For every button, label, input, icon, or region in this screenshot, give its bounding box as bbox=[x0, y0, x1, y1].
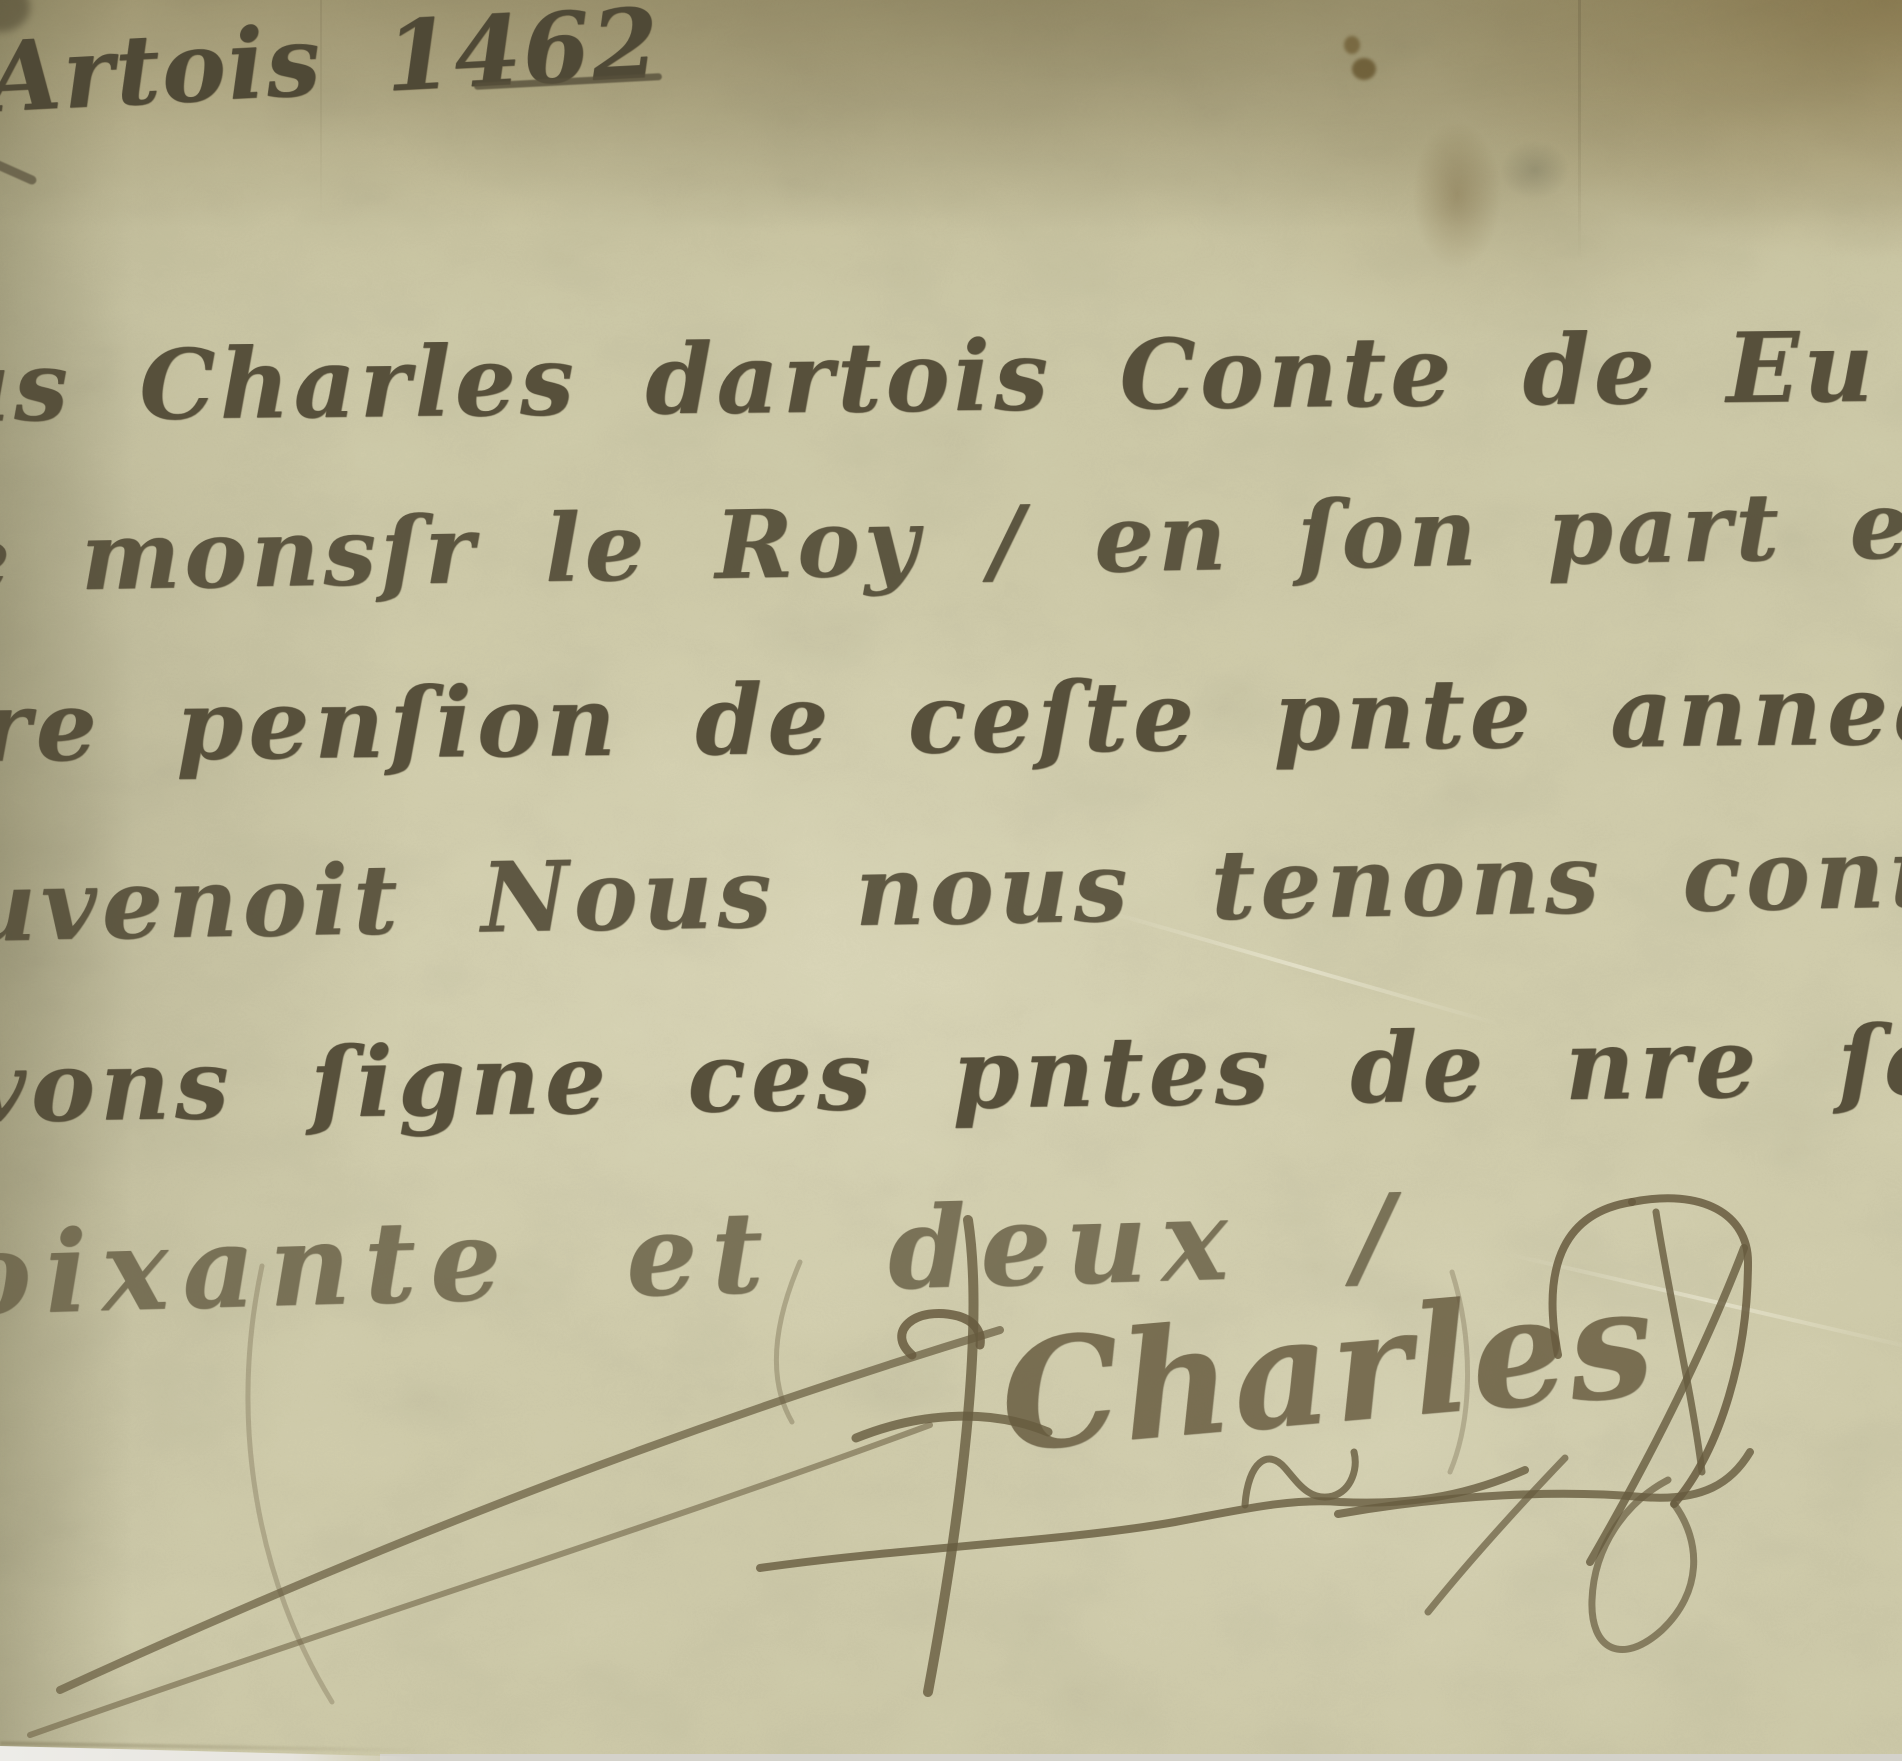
parchment-crease bbox=[1578, 0, 1581, 262]
backing-surface-strip bbox=[380, 1754, 1902, 1761]
smudge-stain bbox=[1500, 140, 1570, 200]
foxing-spot bbox=[1352, 58, 1376, 80]
left-edge-ink-mark bbox=[0, 159, 38, 186]
archival-note-year: 1462 bbox=[382, 0, 663, 114]
manuscript-line: e monsſr le Roy / en ſon part et daultre… bbox=[0, 456, 1902, 615]
archival-note: Artois 1462 bbox=[0, 0, 663, 135]
archival-note-place: Artois bbox=[0, 4, 325, 134]
manuscript-line: re penſion de ceſte pnte annee comm bbox=[0, 650, 1902, 784]
manuscript-line: vons ſigne ces pntes de nre ſeing m bbox=[0, 999, 1902, 1145]
manuscript-photo: Artois 1462 us Charles dartois Conte de … bbox=[0, 0, 1902, 1761]
manuscript-line: uvenoit Nous nous tenons content et bbox=[0, 809, 1902, 963]
foxing-spot bbox=[1344, 36, 1360, 54]
manuscript-line: us Charles dartois Conte de Eu et de ſ bbox=[0, 305, 1902, 443]
foxing-stain bbox=[1412, 120, 1502, 270]
